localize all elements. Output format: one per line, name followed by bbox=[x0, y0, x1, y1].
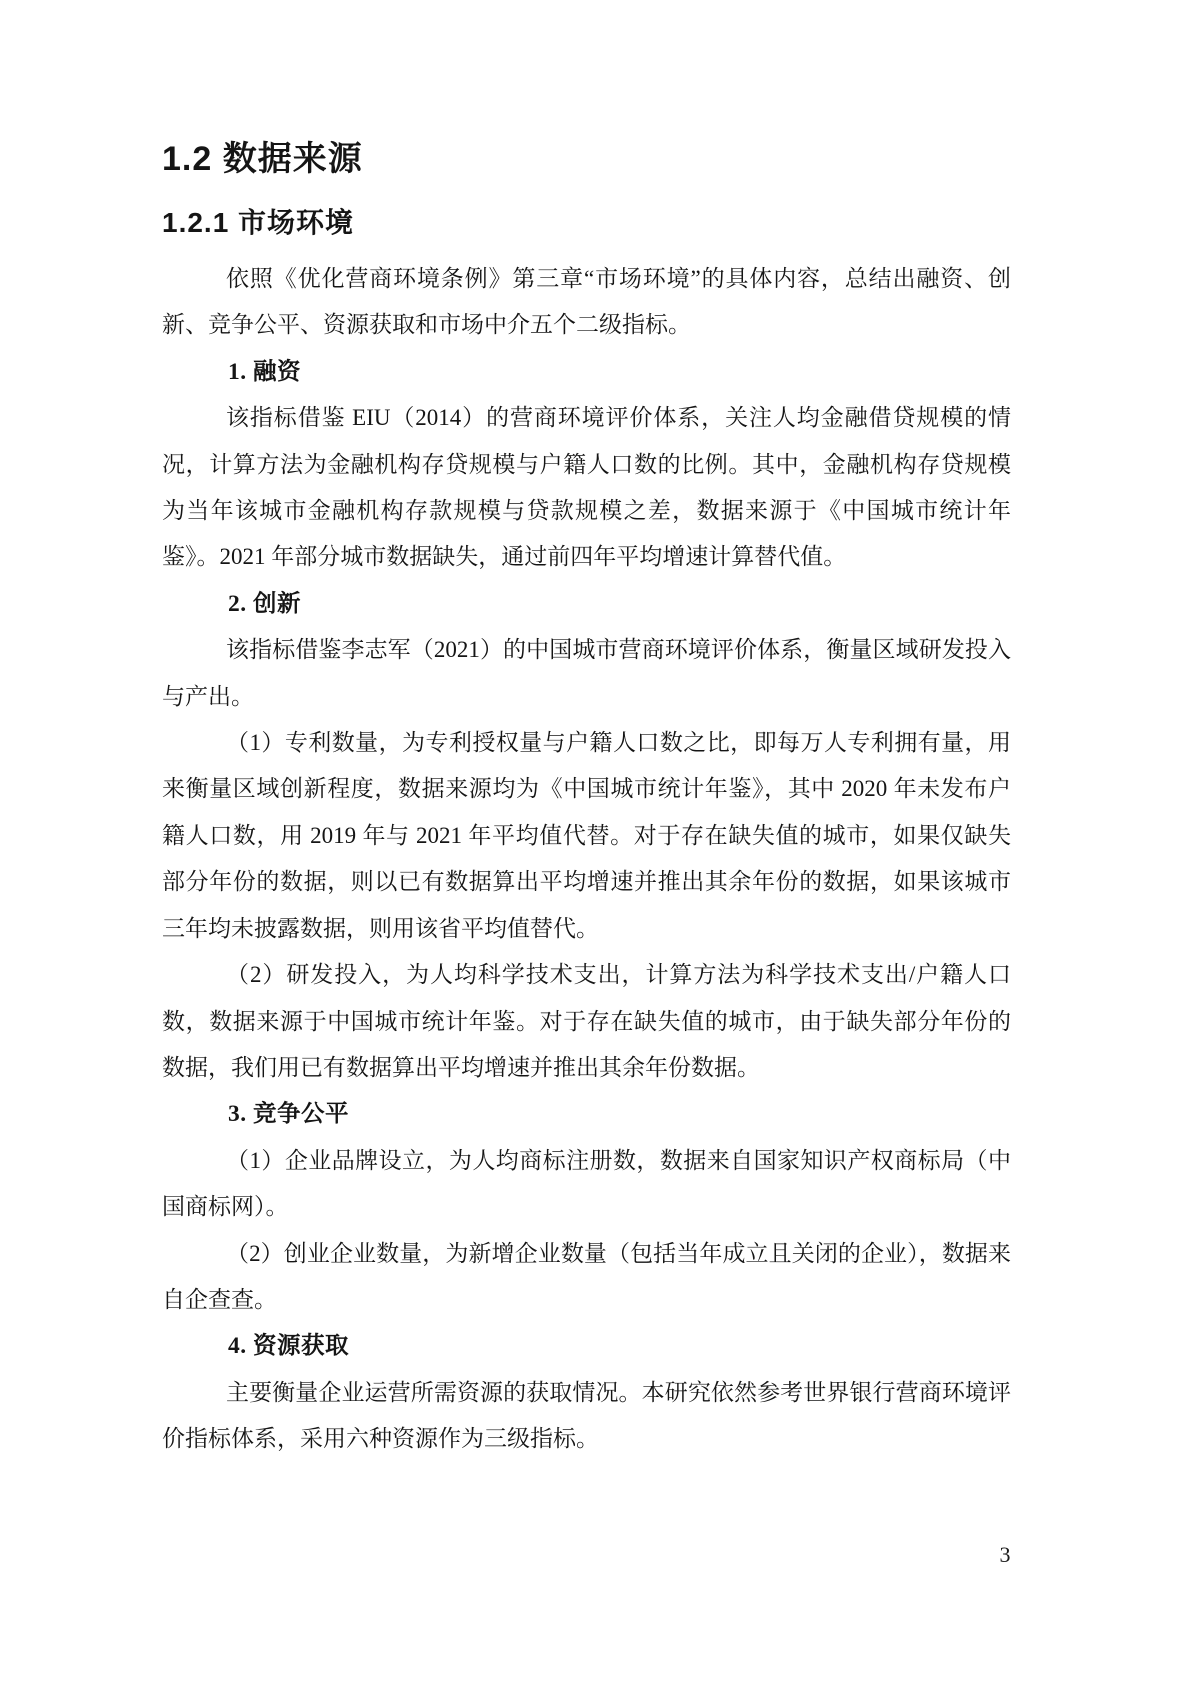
paragraph: 该指标借鉴李志军（2021）的中国城市营商环境评价体系，衡量区域研发投入与产出。 bbox=[162, 627, 1011, 720]
paragraph: 主要衡量企业运营所需资源的获取情况。本研究依然参考世界银行营商环境评价指标体系，… bbox=[162, 1370, 1011, 1463]
item-heading: 4. 资源获取 bbox=[162, 1323, 1011, 1369]
section-heading: 1.2 数据来源 bbox=[162, 140, 1011, 178]
document-page: 1.2 数据来源 1.2.1 市场环境 依照《优化营商环境条例》第三章“市场环境… bbox=[0, 0, 1190, 1684]
subsection-heading: 1.2.1 市场环境 bbox=[162, 207, 1011, 239]
paragraph: （2）研发投入，为人均科学技术支出，计算方法为科学技术支出/户籍人口数，数据来源… bbox=[162, 952, 1011, 1091]
paragraph: （1）企业品牌设立，为人均商标注册数，数据来自国家知识产权商标局（中国商标网）。 bbox=[162, 1138, 1011, 1231]
paragraph: 该指标借鉴 EIU（2014）的营商环境评价体系，关注人均金融借贷规模的情况，计… bbox=[162, 395, 1011, 581]
item-heading: 2. 创新 bbox=[162, 581, 1011, 627]
page-content: 1.2 数据来源 1.2.1 市场环境 依照《优化营商环境条例》第三章“市场环境… bbox=[162, 140, 1011, 1463]
document-body: 依照《优化营商环境条例》第三章“市场环境”的具体内容，总结出融资、创新、竞争公平… bbox=[162, 256, 1011, 1463]
item-heading: 1. 融资 bbox=[162, 349, 1011, 395]
page-number: 3 bbox=[960, 1542, 1050, 1568]
item-heading: 3. 竞争公平 bbox=[162, 1091, 1011, 1137]
paragraph: （1）专利数量，为专利授权量与户籍人口数之比，即每万人专利拥有量，用来衡量区域创… bbox=[162, 720, 1011, 952]
paragraph: 依照《优化营商环境条例》第三章“市场环境”的具体内容，总结出融资、创新、竞争公平… bbox=[162, 256, 1011, 349]
paragraph: （2）创业企业数量，为新增企业数量（包括当年成立且关闭的企业），数据来自企查查。 bbox=[162, 1231, 1011, 1324]
